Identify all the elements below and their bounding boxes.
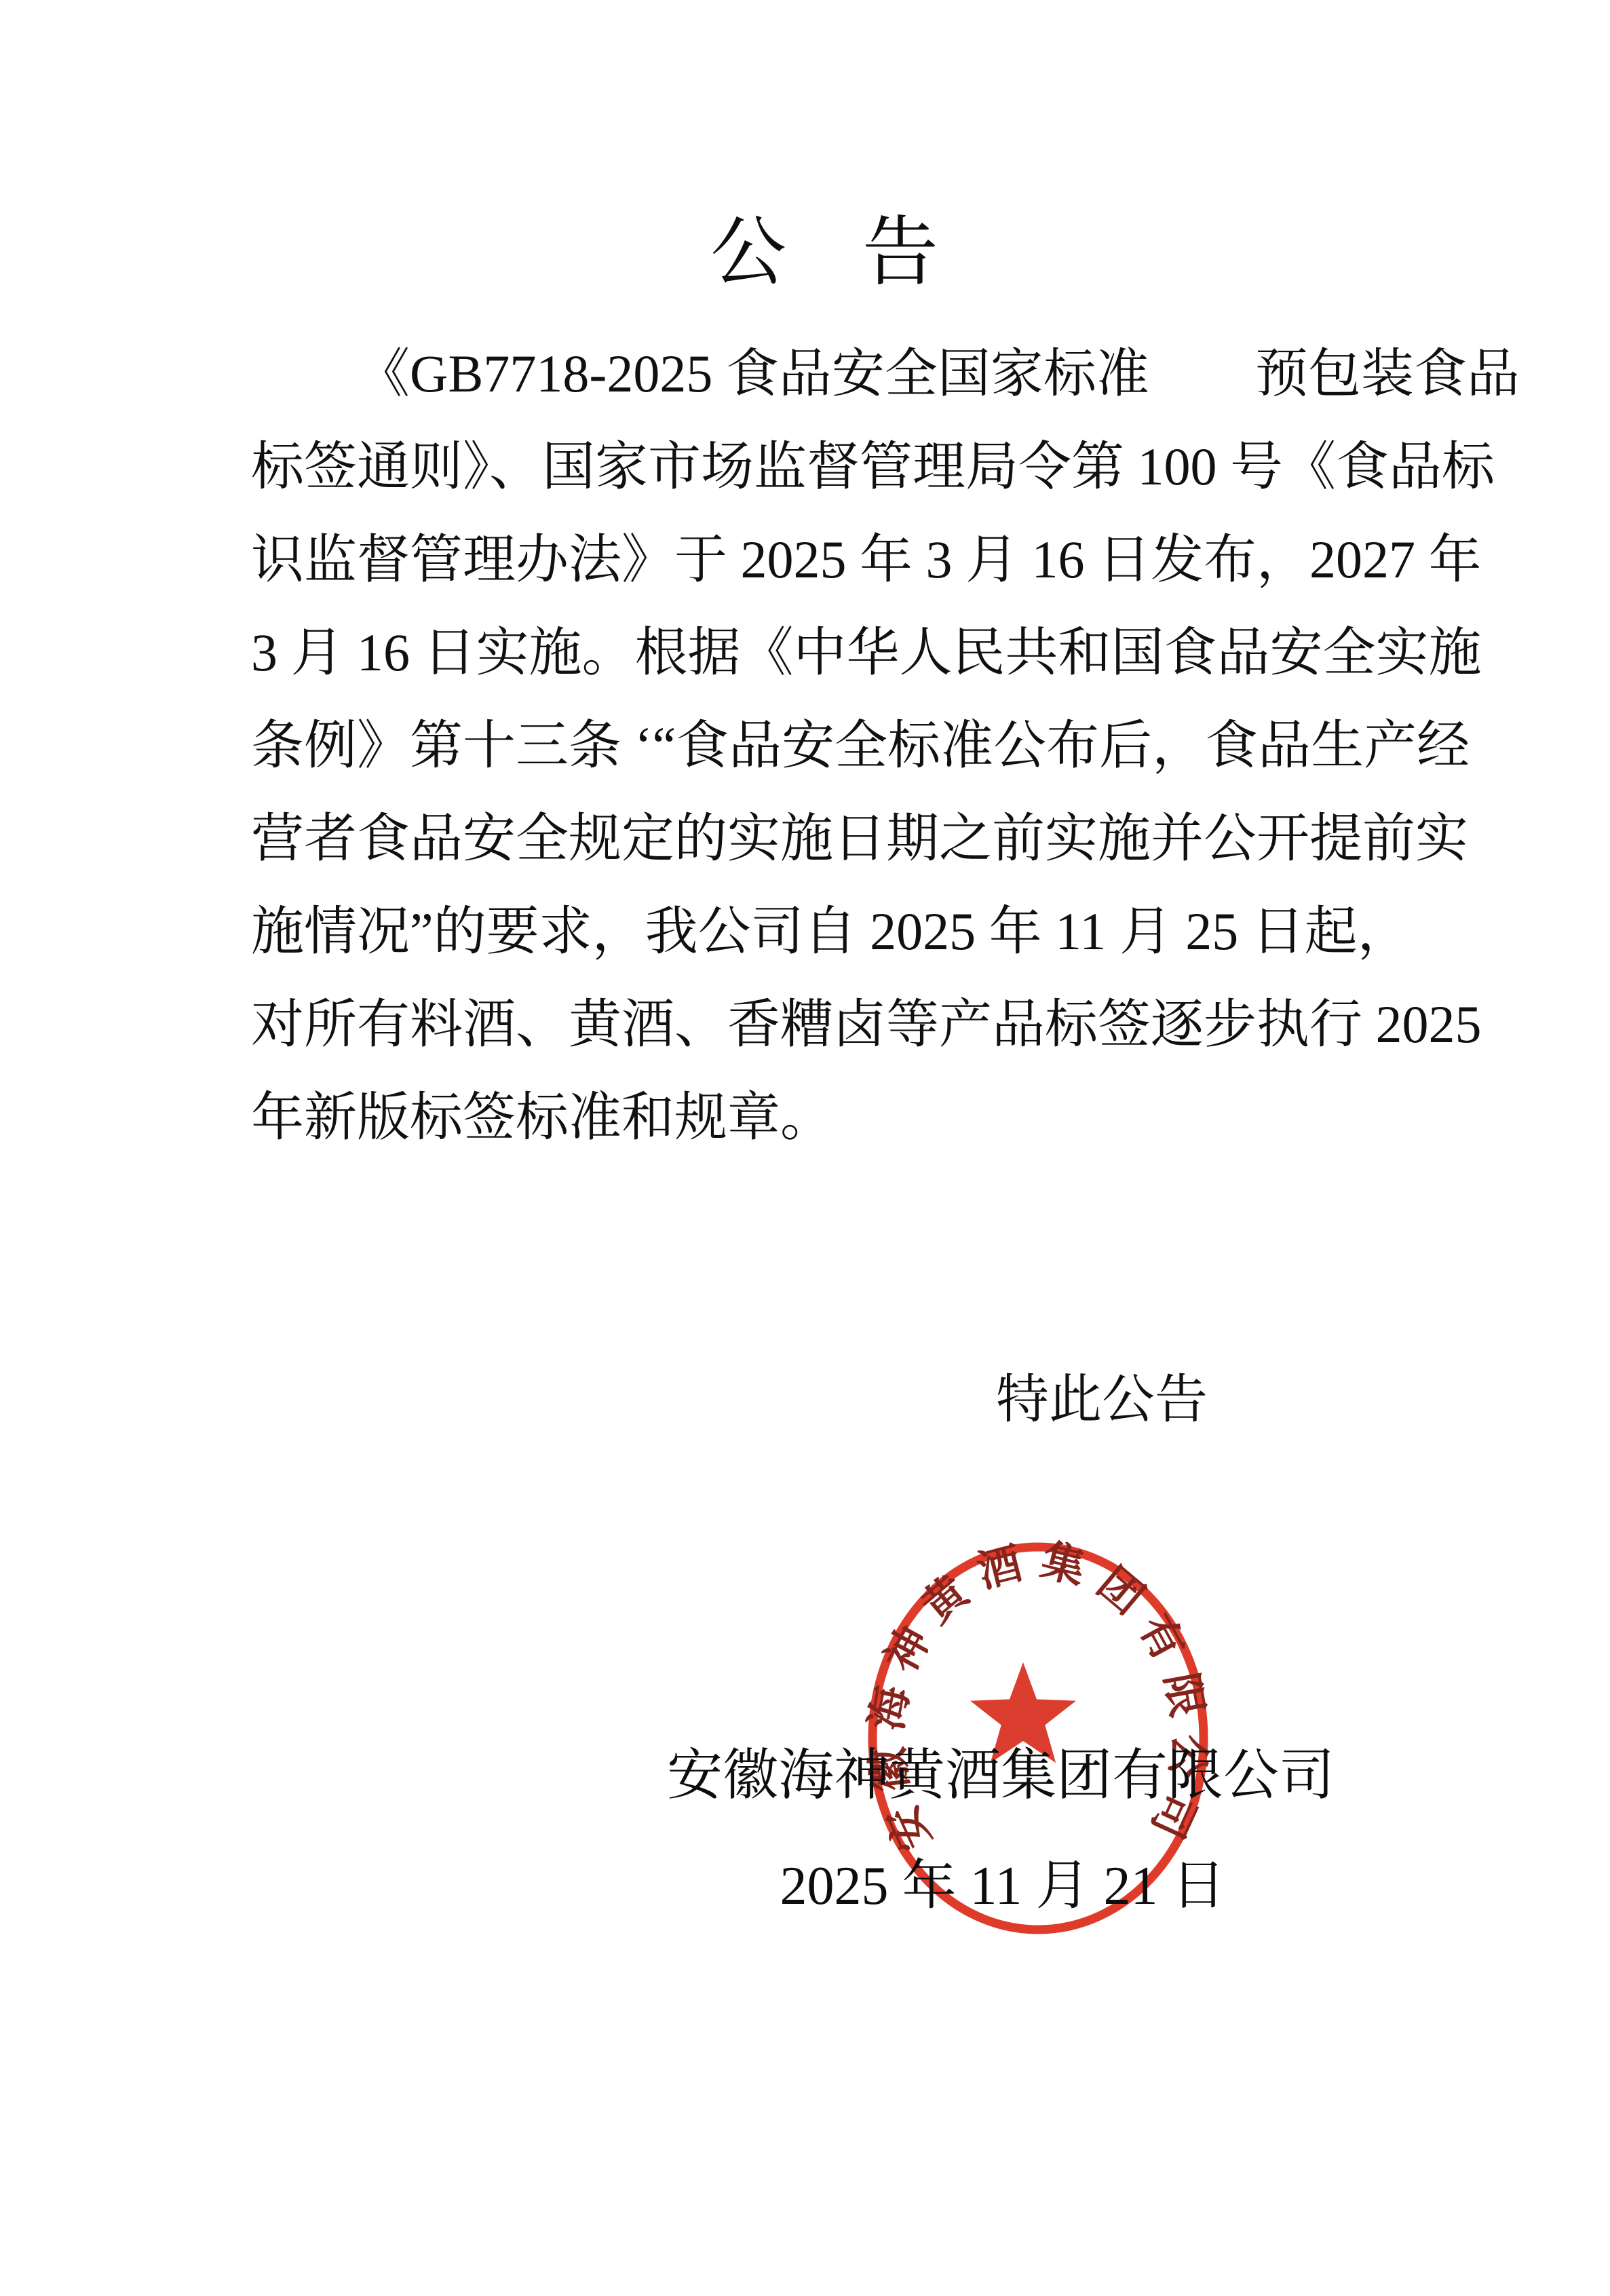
body-line: 3 月 16 日实施。根据《中华人民共和国食品安全实施 — [251, 606, 1399, 699]
body-line: 对所有料酒、黄酒、香糟卤等产品标签逐步执行 2025 — [251, 978, 1399, 1071]
page-title: 公 告 — [710, 212, 938, 295]
announcement-page: 公 告 《GB7718-2025 食品安全国家标准 预包装食品 标签通则》、国家… — [0, 0, 1610, 2296]
seal-arc-text: 安徽海神黄酒集团有限公司 — [862, 1536, 1214, 1858]
closing-statement: 特此公告 — [996, 1369, 1208, 1430]
body-line: 识监督管理办法》于 2025 年 3 月 16 日发布，2027 年 — [251, 513, 1399, 606]
signature-date: 2025 年 11 月 21 日 — [780, 1856, 1225, 1916]
signature-company-name: 安徽海神黄酒集团有限公司 — [667, 1745, 1335, 1806]
body-line: 条例》第十三条 ‘“食品安全标准公布后，食品生产经 — [251, 699, 1399, 792]
body-line: 标签通则》、国家市场监督管理局令第 100 号《食品标 — [251, 420, 1399, 513]
seal-arc-text-path: 安徽海神黄酒集团有限公司 — [862, 1536, 1214, 1858]
body-line: 《GB7718-2025 食品安全国家标准 预包装食品 — [251, 327, 1399, 420]
body-line: 营者食品安全规定的实施日期之前实施并公开提前实 — [251, 792, 1399, 885]
announcement-body: 《GB7718-2025 食品安全国家标准 预包装食品 标签通则》、国家市场监督… — [251, 327, 1399, 1164]
body-line: 年新版标签标准和规章。 — [251, 1071, 1399, 1164]
body-line: 施情况”的要求，我公司自 2025 年 11 月 25 日起， — [251, 885, 1399, 978]
